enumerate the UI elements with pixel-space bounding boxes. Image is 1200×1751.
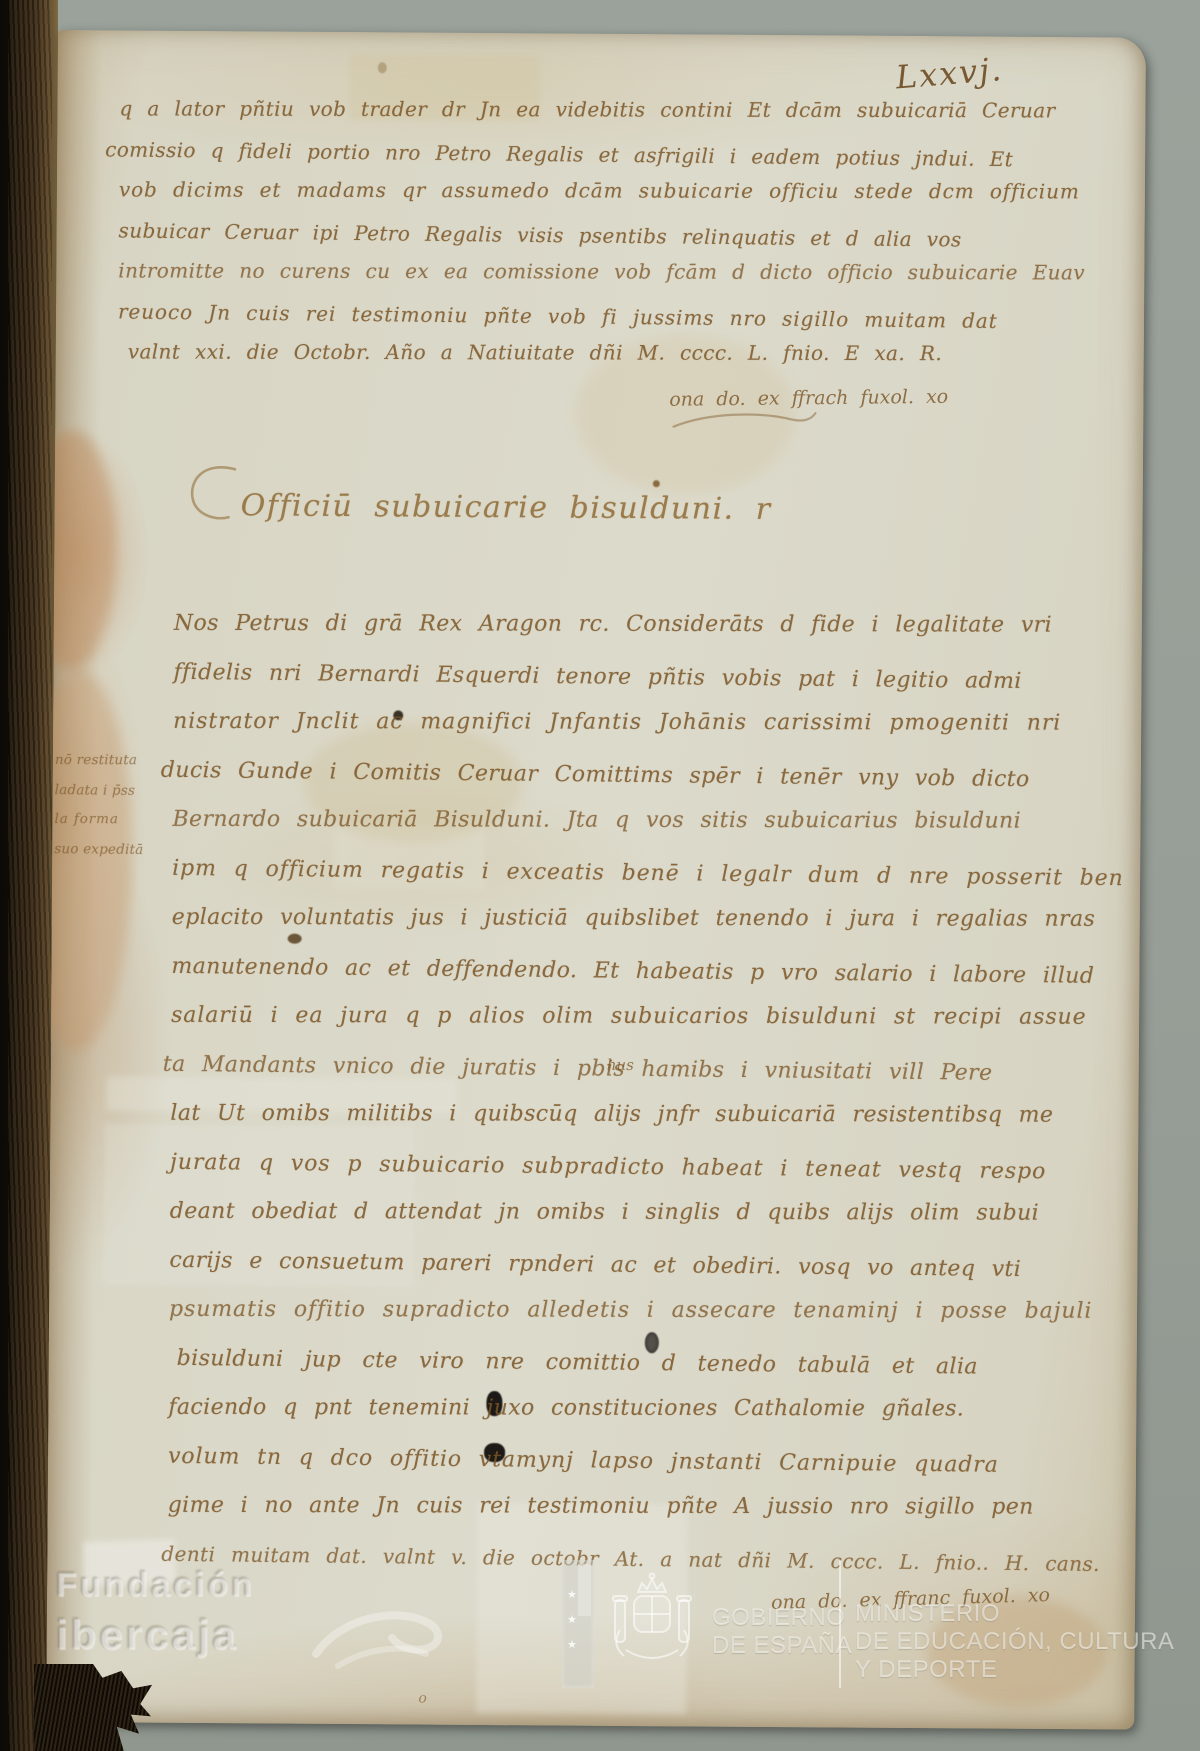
manuscript-line: vob dicims et madams qr assumedo dcām su… [119,169,1039,211]
gobierno-de-espana-watermark: ★ ★ ★ GOBIERNO DE ESPAÑA [562,1560,1174,1688]
manuscript-line: eplacito voluntatis jus i justiciā quibs… [172,893,1084,944]
ibercaja-swoosh-icon [308,1600,448,1684]
manuscript-line: lat Ut omibs militibs i quibscūq alijs j… [170,1089,1082,1140]
chancery-subscription-1: ona do. ex ffrach fuxol. xo [669,386,948,433]
heading-flourish-icon [183,459,241,523]
manuscript-line: ladata i p̄ss [55,775,195,806]
manuscript-line: Nos Petrus di grā Rex Aragon rc. Conside… [174,599,1086,650]
pen-flourish-icon [669,409,819,433]
stars-bar-highlight [578,1564,591,1616]
spain-coat-of-arms-icon [608,1570,696,1674]
manuscript-line: deant obediat d attendat jn omibs i sing… [170,1187,1082,1238]
manuscript-line: Bernardo subuicariā Bisulduni. Jta q vos… [172,795,1084,846]
text-block-1: q a lator pñtiu vob trader dr Jn ea vide… [118,88,1040,378]
manuscript-line: psumatis offitio supradicto alledetis i … [169,1285,1081,1336]
manuscript-line: nō restituta [55,746,195,776]
subscription-text: ona do. ex ffrach fuxol. xo [669,386,948,411]
stain [46,430,117,671]
spine-texture [8,0,52,1751]
ministerio-line2: DE EDUCACIÓN, CULTURA [855,1628,1174,1656]
manuscript-line: la forma [54,805,194,835]
manuscript-line: salariū i ea jura q p alios olim subuica… [171,991,1083,1042]
ministerio-line3: Y DEPORTE [855,1656,1174,1684]
interlinear-addition: hus [607,1056,634,1074]
section-heading: Officiū subuicarie bisulduni. r [241,488,772,527]
fundacion-ibercaja-watermark: Fundación ibercaja [56,1566,255,1659]
manuscript-line: suo expeditā [54,834,194,865]
manuscript-line: valnt xxi. die Octobr. Año a Natiuitate … [128,331,1038,373]
ministerio-text: MINISTERIO DE EDUCACIÓN, CULTURA Y DEPOR… [855,1560,1174,1684]
stray-mark: o [418,1691,427,1707]
margin-note: nō restitutaladata i p̄ssla formasuo exp… [54,746,195,865]
ministerio-line1: MINISTERIO [855,1600,1174,1628]
watermark-divider [839,1560,841,1688]
manuscript-line: intromitte no curens cu ex ea comissione… [118,250,1038,292]
manuscript-line: q a lator pñtiu vob trader dr Jn ea vide… [119,88,1039,130]
text-block-2: Nos Petrus di grā Rex Aragon rc. Conside… [167,599,1086,1585]
manuscript-line: nistrator Jnclit ac magnifici Jnfantis J… [173,697,1085,748]
watermark-fundacion-text: Fundación [56,1566,255,1605]
stars-column-icon: ★ ★ ★ [562,1560,594,1688]
gobierno-line2: DE ESPAÑA [712,1632,829,1660]
ink-spot [378,62,387,73]
gobierno-text: GOBIERNO DE ESPAÑA [712,1560,829,1660]
manuscript-line: gime i no ante Jn cuis rei testimoniu pñ… [168,1481,1080,1532]
gobierno-line1: GOBIERNO [712,1604,829,1632]
manuscript-page: Lxxvj. q a lator pñtiu vob trader dr Jn … [46,30,1146,1730]
scanned-manuscript-view: Lxxvj. q a lator pñtiu vob trader dr Jn … [0,0,1200,1751]
star-icon: ★ [567,1613,577,1626]
watermark-ibercaja-text: ibercaja [56,1611,255,1659]
section-heading-row: Officiū subuicarie bisulduni. r [183,459,772,527]
manuscript-line: faciendo q pnt tenemini juxo constitucio… [168,1383,1080,1434]
star-icon: ★ [567,1588,577,1601]
star-icon: ★ [567,1638,577,1651]
